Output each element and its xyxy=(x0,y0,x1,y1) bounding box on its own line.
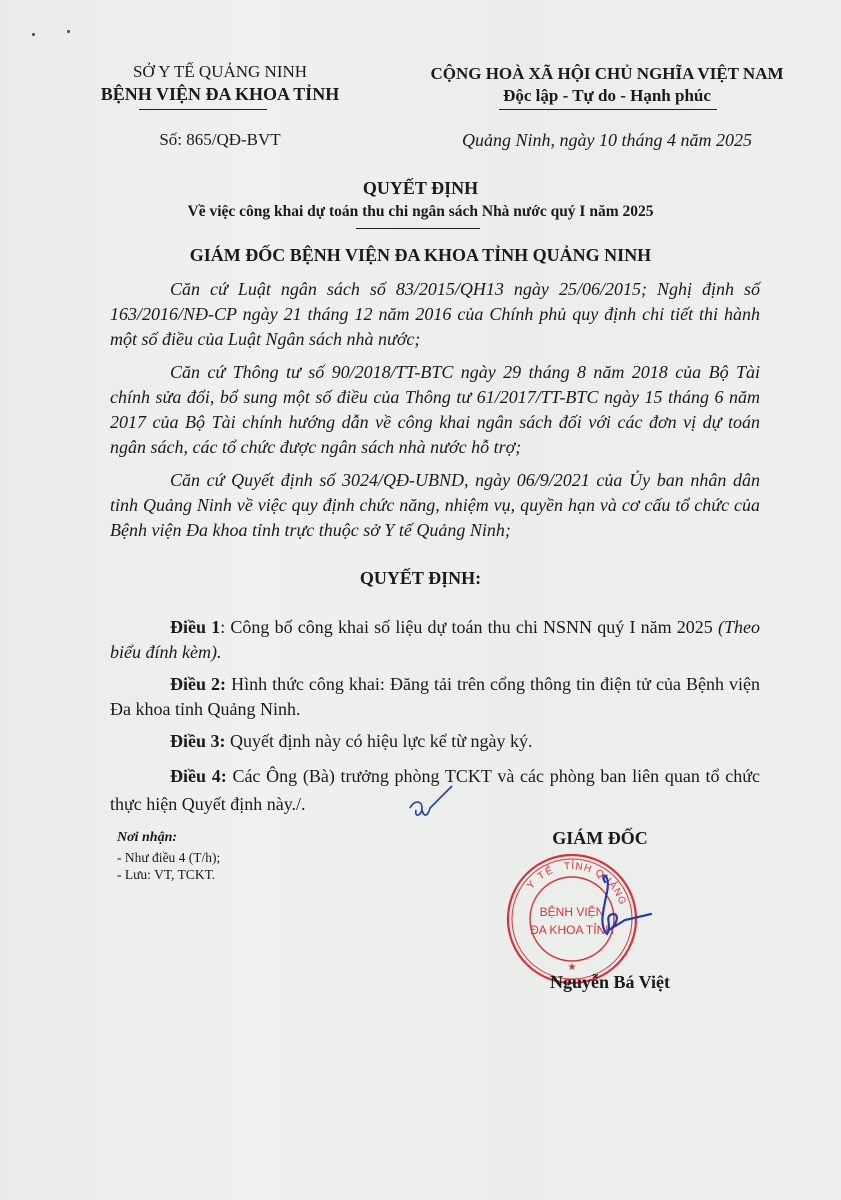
svg-text:Y TẾ: Y TẾ xyxy=(525,863,556,892)
subject-underline xyxy=(356,228,480,229)
recipient-item: - Như điều 4 (T/h); xyxy=(117,849,220,867)
national-motto: Độc lập - Tự do - Hạnh phúc xyxy=(392,86,822,106)
scan-speck xyxy=(32,33,35,36)
article-2: Điều 2: Hình thức công khai: Đăng tải tr… xyxy=(110,672,760,722)
scan-speck xyxy=(67,30,70,33)
signer-name: Nguyễn Bá Việt xyxy=(530,972,690,993)
organization-underline xyxy=(139,109,267,110)
signer-position: GIÁM ĐỐC xyxy=(520,828,680,849)
article-label: Điều 3: xyxy=(170,731,226,751)
issuing-authority: GIÁM ĐỐC BỆNH VIỆN ĐA KHOA TỈNH QUẢNG NI… xyxy=(0,245,841,266)
organization-name: BỆNH VIỆN ĐA KHOA TỈNH xyxy=(60,84,380,105)
handwritten-signature-icon xyxy=(585,870,655,960)
initial-mark-icon xyxy=(408,782,458,822)
article-text: Công bố công khai số liệu dự toán thu ch… xyxy=(230,617,718,637)
agency-name: SỞ Y TẾ QUẢNG NINH xyxy=(60,62,380,82)
article-label: Điều 4: xyxy=(170,766,227,786)
article-text: Quyết định này có hiệu lực kể từ ngày ký… xyxy=(230,731,532,751)
preamble-paragraph: Căn cứ Luật ngân sách số 83/2015/QH13 ng… xyxy=(110,277,760,352)
decision-heading: QUYẾT ĐỊNH: xyxy=(0,568,841,589)
document-number: Số: 865/QĐ-BVT xyxy=(60,130,380,150)
nation-title: CỘNG HOÀ XÃ HỘI CHỦ NGHĨA VIỆT NAM xyxy=(392,64,822,84)
preamble-paragraph: Căn cứ Thông tư số 90/2018/TT-BTC ngày 2… xyxy=(110,360,760,460)
article-label: Điều 2: xyxy=(170,674,226,694)
article-1: Điều 1: Công bố công khai số liệu dự toá… xyxy=(110,615,760,665)
recipient-item: - Lưu: VT, TCKT. xyxy=(117,866,215,884)
place-date: Quảng Ninh, ngày 10 tháng 4 năm 2025 xyxy=(392,130,822,151)
preamble-paragraph: Căn cứ Quyết định số 3024/QĐ-UBND, ngày … xyxy=(110,468,760,543)
document-subject: Về việc công khai dự toán thu chi ngân s… xyxy=(0,203,841,221)
motto-underline xyxy=(499,109,717,110)
document-type-title: QUYẾT ĐỊNH xyxy=(0,178,841,199)
document-page: SỞ Y TẾ QUẢNG NINH BỆNH VIỆN ĐA KHOA TỈN… xyxy=(0,0,841,1200)
recipients-title: Nơi nhận: xyxy=(117,829,177,847)
article-label: Điều 1 xyxy=(170,617,220,637)
article-3: Điều 3: Quyết định này có hiệu lực kể từ… xyxy=(110,729,760,754)
